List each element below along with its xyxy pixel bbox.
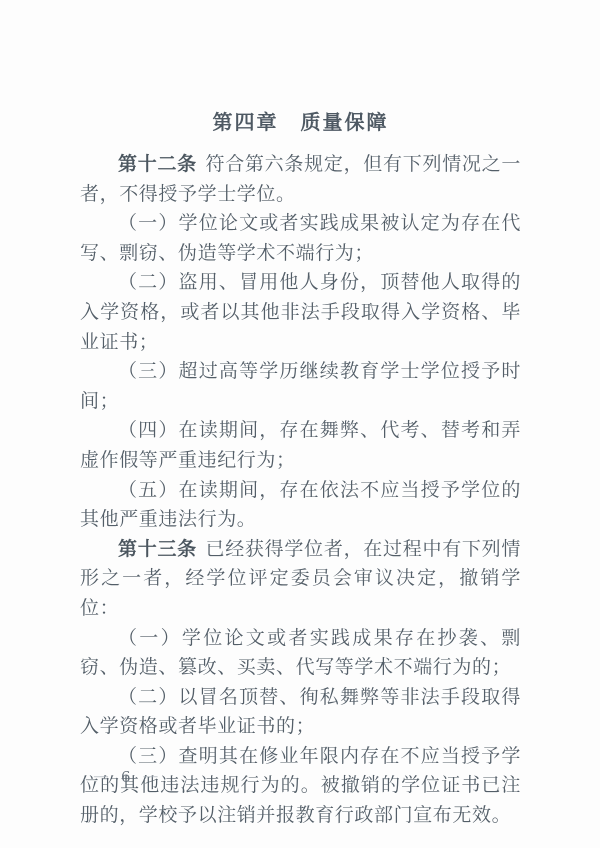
article-12-number: 第十二条 — [118, 154, 197, 175]
chapter-title: 第四章 质量保障 — [80, 106, 521, 135]
footer-dash-left: — — [94, 769, 109, 785]
paragraph-item-1: （一）学位论文或者实践成果被认定为存在代写、剽窃、伪造等学术不端行为； — [80, 209, 521, 268]
footer-dash-right: — — [144, 769, 159, 785]
paragraph-item-5: （五）在读期间，存在依法不应当授予学位的其他严重违法行为。 — [80, 476, 521, 535]
paragraph-article-12: 第十二条符合第六条规定，但有下列情况之一者，不得授予学士学位。 — [80, 150, 521, 209]
document-page: 第四章 质量保障 第十二条符合第六条规定，但有下列情况之一者，不得授予学士学位。… — [0, 0, 600, 848]
page-content: 第四章 质量保障 第十二条符合第六条规定，但有下列情况之一者，不得授予学士学位。… — [80, 106, 521, 831]
paragraph-item-3: （三）超过高等学历继续教育学士学位授予时间； — [80, 357, 521, 416]
paragraph-item-8: （三）查明其在修业年限内存在不应当授予学位的其他违法违规行为的。被撤销的学位证书… — [80, 742, 521, 831]
paragraph-text: （五）在读期间，存在依法不应当授予学位的其他严重违法行为。 — [80, 480, 521, 531]
paragraph-text: （三）超过高等学历继续教育学士学位授予时间； — [80, 361, 521, 412]
footer-page-number: 6 — [121, 768, 132, 786]
paragraph-text: （一）学位论文或者实践成果存在抄袭、剽窃、伪造、篡改、买卖、代写等学术不端行为的… — [80, 628, 521, 679]
paragraph-text: （四）在读期间，存在舞弊、代考、替考和弄虚作假等严重违纪行为； — [80, 420, 521, 471]
paragraph-text: （二）以冒名顶替、徇私舞弊等非法手段取得入学资格或者毕业证书的； — [80, 687, 521, 738]
paragraph-text: （二）盗用、冒用他人身份，顶替他人取得的入学资格，或者以其他非法手段取得入学资格… — [80, 272, 521, 352]
paragraph-item-6: （一）学位论文或者实践成果存在抄袭、剽窃、伪造、篡改、买卖、代写等学术不端行为的… — [80, 624, 521, 683]
paragraph-article-13: 第十三条已经获得学位者，在过程中有下列情形之一者，经学位评定委员会审议决定，撤销… — [80, 535, 521, 624]
paragraph-item-7: （二）以冒名顶替、徇私舞弊等非法手段取得入学资格或者毕业证书的； — [80, 683, 521, 742]
paragraph-item-2: （二）盗用、冒用他人身份，顶替他人取得的入学资格，或者以其他非法手段取得入学资格… — [80, 268, 521, 357]
paragraph-text: （一）学位论文或者实践成果被认定为存在代写、剽窃、伪造等学术不端行为； — [80, 213, 521, 264]
paragraph-item-4: （四）在读期间，存在舞弊、代考、替考和弄虚作假等严重违纪行为； — [80, 416, 521, 475]
page-number-footer: — 6 — — [94, 768, 159, 786]
article-13-number: 第十三条 — [118, 539, 197, 560]
